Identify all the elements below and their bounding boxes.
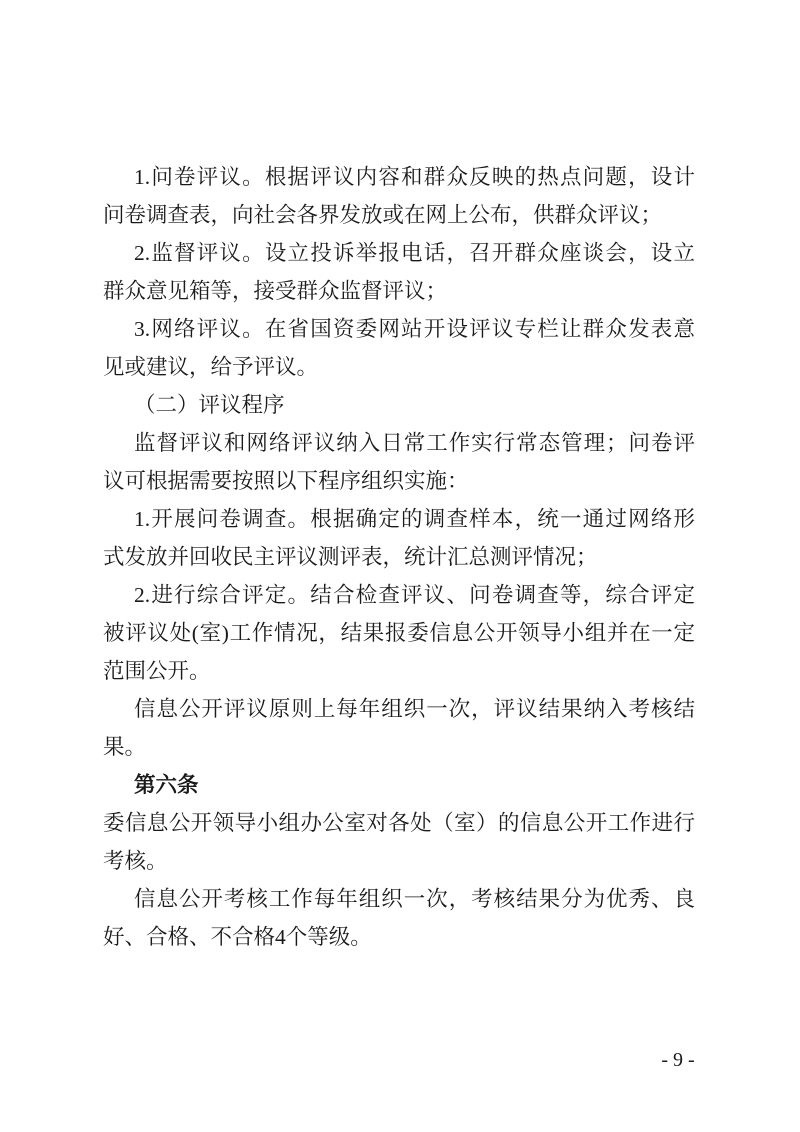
text-line: 3.网络评议。在省国资委网站开设评议专栏让群众发表意 bbox=[103, 310, 695, 348]
text-line: 好、合格、不合格4个等级。 bbox=[103, 918, 695, 956]
text-line: 1.问卷评议。根据评议内容和群众反映的热点问题，设计 bbox=[103, 158, 695, 196]
text-line: 信息公开评议原则上每年组织一次，评议结果纳入考核结 bbox=[103, 690, 695, 728]
document-page: 1.问卷评议。根据评议内容和群众反映的热点问题，设计 问卷调查表，向社会各界发放… bbox=[0, 0, 800, 1132]
text-line: 式发放并回收民主评议测评表，统计汇总测评情况； bbox=[103, 538, 695, 576]
text-line: 群众意见箱等，接受群众监督评议； bbox=[103, 272, 695, 310]
text-line: 考核。 bbox=[103, 842, 695, 880]
text-line: 监督评议和网络评议纳入日常工作实行常态管理；问卷评 bbox=[103, 424, 695, 462]
article-six-heading: 第六条 bbox=[103, 766, 695, 804]
page-number: - 9 - bbox=[658, 1049, 698, 1072]
text-line: 2.监督评议。设立投诉举报电话，召开群众座谈会，设立 bbox=[103, 234, 695, 272]
text-line: 范围公开。 bbox=[103, 652, 695, 690]
text-line: 信息公开考核工作每年组织一次，考核结果分为优秀、良 bbox=[103, 880, 695, 918]
text-line: 果。 bbox=[103, 728, 695, 766]
section-heading-review-procedure: （二）评议程序 bbox=[103, 386, 695, 424]
text-line: 被评议处(室)工作情况，结果报委信息公开领导小组并在一定 bbox=[103, 614, 695, 652]
text-line: 委信息公开领导小组办公室对各处（室）的信息公开工作进行 bbox=[103, 804, 695, 842]
text-line: 1.开展问卷调查。根据确定的调查样本，统一通过网络形 bbox=[103, 500, 695, 538]
text-line: 2.进行综合评定。结合检查评议、问卷调查等，综合评定 bbox=[103, 576, 695, 614]
text-line: 问卷调查表，向社会各界发放或在网上公布，供群众评议； bbox=[103, 196, 695, 234]
text-line: 议可根据需要按照以下程序组织实施： bbox=[103, 462, 695, 500]
text-line: 见或建议，给予评议。 bbox=[103, 348, 695, 386]
document-body: 1.问卷评议。根据评议内容和群众反映的热点问题，设计 问卷调查表，向社会各界发放… bbox=[103, 158, 695, 956]
